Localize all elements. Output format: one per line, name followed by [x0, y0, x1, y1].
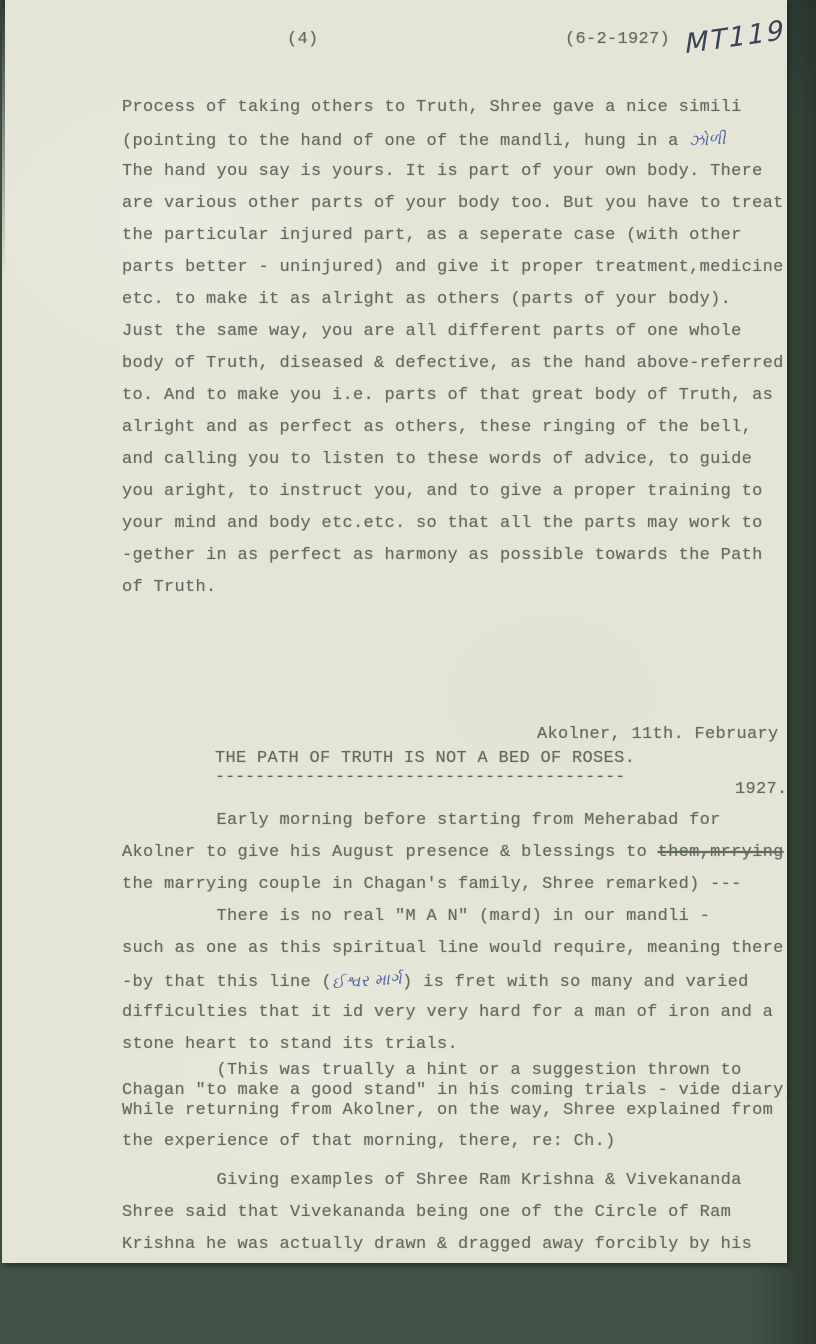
text-line: the particular injured part, as a sepera…	[122, 220, 784, 252]
dateline-year: 1927.	[735, 780, 787, 799]
text-line: body of Truth, diseased & defective, as …	[122, 348, 784, 380]
text-line: Chagan "to make a good stand" in his com…	[122, 1081, 787, 1101]
text-line: stone heart to stand its trials.	[122, 1029, 787, 1061]
text-line: parts better - uninjured) and give it pr…	[122, 252, 784, 284]
text-line: (This was trually a hint or a suggestion…	[122, 1061, 787, 1081]
text-line: you aright, to instruct you, and to give…	[122, 476, 784, 508]
text-line: difficulties that it id very very hard f…	[122, 997, 787, 1029]
handwritten-reference: MT119	[685, 15, 786, 60]
text-line: such as one as this spiritual line would…	[122, 933, 787, 965]
text-line: Just the same way, you are all different…	[122, 316, 784, 348]
text-line: Early morning before starting from Meher…	[122, 805, 787, 837]
text-line: etc. to make it as alright as others (pa…	[122, 284, 784, 316]
text-line: There is no real "M A N" (mard) in our m…	[122, 901, 787, 933]
dateline-place-date: Akolner, 11th. February 1	[537, 725, 787, 744]
page-number: (4)	[287, 30, 319, 49]
text-line: the marrying couple in Chagan's family, …	[122, 869, 787, 901]
text-line: (pointing to the hand of one of the mand…	[122, 124, 784, 156]
text-line: While returning from Akolner, on the way…	[122, 1101, 787, 1121]
handwritten-gujarati: ઝોળી	[688, 123, 727, 157]
lower-text: Early morning before starting from Meher…	[122, 805, 787, 1261]
text-line: Akolner to give his August presence & bl…	[122, 837, 787, 869]
paragraph-2: Early morning before starting from Meher…	[122, 805, 787, 901]
text-line: Process of taking others to Truth, Shree…	[122, 92, 784, 124]
text-line: your mind and body etc.etc. so that all …	[122, 508, 784, 540]
text-line: Giving examples of Shree Ram Krishna & V…	[122, 1165, 787, 1197]
header-date: (6-2-1927)	[565, 30, 670, 49]
scanned-typewritten-page: { "header": { "page_number": "(4)", "dat…	[0, 0, 816, 1344]
paragraph-5: Giving examples of Shree Ram Krishna & V…	[122, 1165, 787, 1261]
text-line: of Truth.	[122, 572, 784, 604]
document-page: (4) (6-2-1927) MT119 Process of taking o…	[2, 0, 787, 1263]
text-line: The hand you say is yours. It is part of…	[122, 156, 784, 188]
text-line: -by that this line (ઈશ્વર માર્ગ) is fret…	[122, 965, 787, 997]
paragraph-3: There is no real "M A N" (mard) in our m…	[122, 901, 787, 1061]
paragraph-1: Process of taking others to Truth, Shree…	[122, 92, 784, 604]
page-header: (4) (6-2-1927) MT119	[2, 30, 787, 70]
text-line: -gether in as perfect as harmony as poss…	[122, 540, 784, 572]
paragraph-4: (This was trually a hint or a suggestion…	[122, 1061, 787, 1152]
text-line: Krishna he was actually drawn & dragged …	[122, 1229, 787, 1261]
handwritten-gujarati: ઈશ્વર માર્ગ	[331, 963, 403, 1000]
heading-underline: ----------------------------------------…	[215, 766, 655, 790]
text-line: alright and as perfect as others, these …	[122, 412, 784, 444]
text-line: the experience of that morning, there, r…	[122, 1132, 787, 1152]
text-line: and calling you to listen to these words…	[122, 444, 784, 476]
struck-text: them,mrrying	[658, 843, 784, 862]
text-line: are various other parts of your body too…	[122, 188, 784, 220]
text-line: Shree said that Vivekananda being one of…	[122, 1197, 787, 1229]
text-line: to. And to make you i.e. parts of that g…	[122, 380, 784, 412]
